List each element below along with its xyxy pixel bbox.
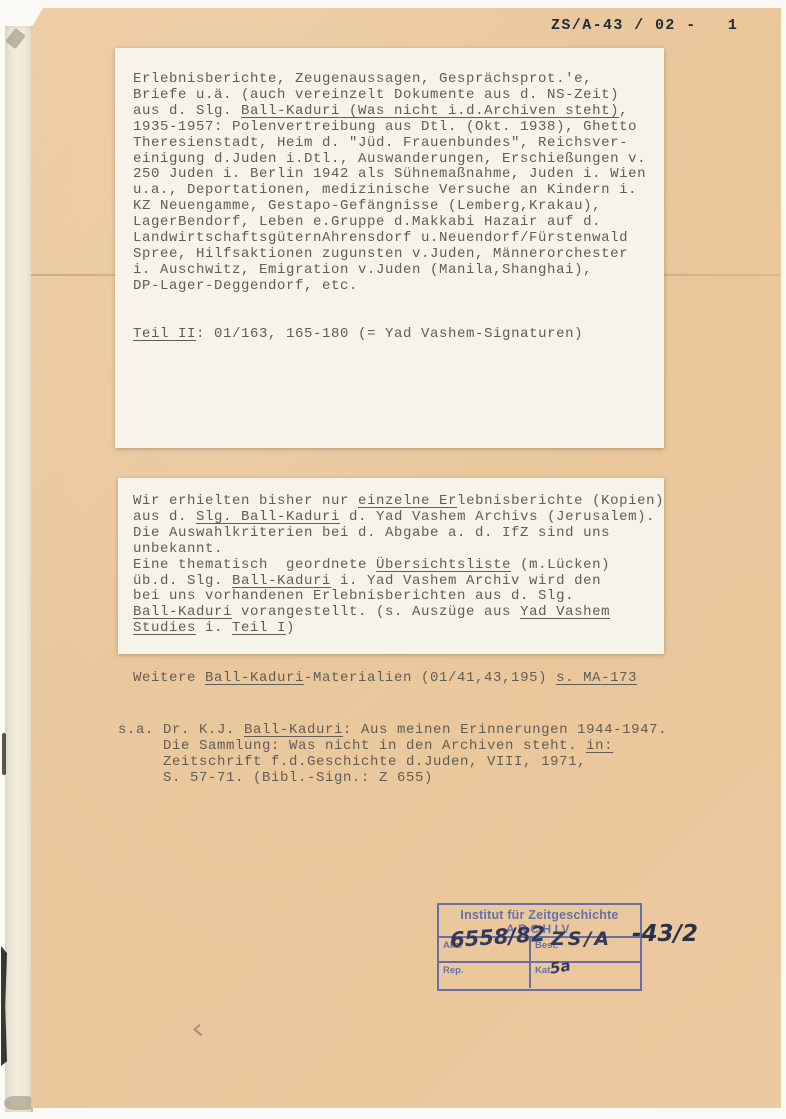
handwritten-signature-suffix: -43/2 <box>632 921 698 947</box>
typewritten-note-2: Wir erhielten bisher nur einzelne Erlebn… <box>118 478 664 654</box>
handwritten-best-signature: ZS/A <box>551 928 612 950</box>
stamp-kat-field: Kat. <box>531 963 640 988</box>
scanned-page: ZS/A-43 / 02 - 1 Erlebnisberichte, Zeuge… <box>31 8 781 1108</box>
underlying-page-edge <box>5 26 33 1112</box>
pencil-check-mark <box>193 1024 207 1036</box>
see-also-reference: s.a. Dr. K.J. Ball-Kaduri: Aus meinen Er… <box>118 723 667 787</box>
scan-background: { "colors": { "paper_tan": "#eac79c", "s… <box>0 0 786 1119</box>
archive-signature-code: ZS/A-43 / 02 - 1 <box>551 18 738 34</box>
stamp-institution-name: Institut für Zeitgeschichte <box>439 908 640 922</box>
handwritten-kat-value: 5a <box>549 956 572 977</box>
scan-mark-left <box>2 733 6 775</box>
stamp-row-2: Rep. Kat. <box>439 963 640 988</box>
typewritten-note-1: Erlebnisberichte, Zeugenaussagen, Gesprä… <box>115 48 664 448</box>
stamp-rep-field: Rep. <box>439 963 531 988</box>
weitere-materialien-line: Weitere Ball-Kaduri-Materialien (01/41,4… <box>133 671 637 687</box>
